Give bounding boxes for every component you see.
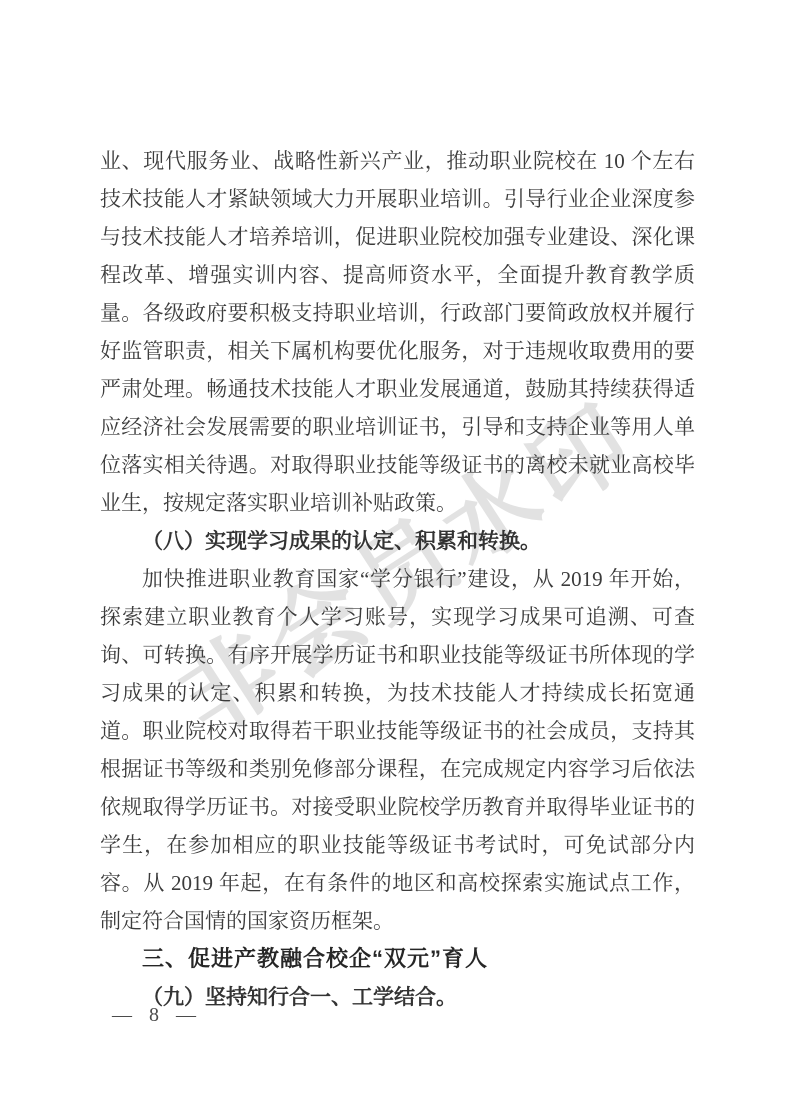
text-line: 业、现代服务业、战略性新兴产业，推动职业院校在 10 个左右 bbox=[100, 142, 695, 180]
text-line: 程改革、增强实训内容、提高师资水平，全面提升教育教学质 bbox=[100, 256, 695, 294]
text-line: 严肃处理。畅通技术技能人才职业发展通道，鼓励其持续获得适 bbox=[100, 370, 695, 408]
text-line: 道。职业院校对取得若干职业技能等级证书的社会成员，支持其 bbox=[100, 712, 695, 750]
text-line: 业生，按规定落实职业培训补贴政策。 bbox=[100, 484, 695, 522]
page-number: — 8 — bbox=[112, 1003, 196, 1027]
clause-8-heading: （八）实现学习成果的认定、积累和转换。 bbox=[100, 522, 695, 560]
section-3-heading: 三、促进产教融合校企“双元”育人 bbox=[100, 940, 695, 978]
text-line: 依规取得学历证书。对接受职业院校学历教育并取得毕业证书的 bbox=[100, 788, 695, 826]
text-line: 技术技能人才紧缺领域大力开展职业培训。引导行业企业深度参 bbox=[100, 180, 695, 218]
text-line: 位落实相关待遇。对取得职业技能等级证书的离校未就业高校毕 bbox=[100, 446, 695, 484]
text-line: 习成果的认定、积累和转换，为技术技能人才持续成长拓宽通 bbox=[100, 674, 695, 712]
text-line: 根据证书等级和类别免修部分课程，在完成规定内容学习后依法 bbox=[100, 750, 695, 788]
paragraph-vocational-training: 业、现代服务业、战略性新兴产业，推动职业院校在 10 个左右 技术技能人才紧缺领… bbox=[100, 142, 695, 522]
text-line: 应经济社会发展需要的职业培训证书，引导和支持企业等用人单 bbox=[100, 408, 695, 446]
document-body: 业、现代服务业、战略性新兴产业，推动职业院校在 10 个左右 技术技能人才紧缺领… bbox=[100, 142, 695, 1016]
text-line: 加快推进职业教育国家“学分银行”建设，从 2019 年开始， bbox=[100, 560, 695, 598]
text-line: 容。从 2019 年起，在有条件的地区和高校探索实施试点工作， bbox=[100, 864, 695, 902]
document-page: 非会员水印 业、现代服务业、战略性新兴产业，推动职业院校在 10 个左右 技术技… bbox=[0, 0, 785, 1116]
text-line: 探索建立职业教育个人学习账号，实现学习成果可追溯、可查 bbox=[100, 598, 695, 636]
text-line: 询、可转换。有序开展学历证书和职业技能等级证书所体现的学 bbox=[100, 636, 695, 674]
text-line: 与技术技能人才培养培训，促进职业院校加强专业建设、深化课 bbox=[100, 218, 695, 256]
paragraph-credit-bank: 加快推进职业教育国家“学分银行”建设，从 2019 年开始， 探索建立职业教育个… bbox=[100, 560, 695, 940]
text-line: 学生，在参加相应的职业技能等级证书考试时，可免试部分内 bbox=[100, 826, 695, 864]
text-line: 好监管职责，相关下属机构要优化服务，对于违规收取费用的要 bbox=[100, 332, 695, 370]
text-line: 制定符合国情的国家资历框架。 bbox=[100, 902, 695, 940]
text-line: 量。各级政府要积极支持职业培训，行政部门要简政放权并履行 bbox=[100, 294, 695, 332]
